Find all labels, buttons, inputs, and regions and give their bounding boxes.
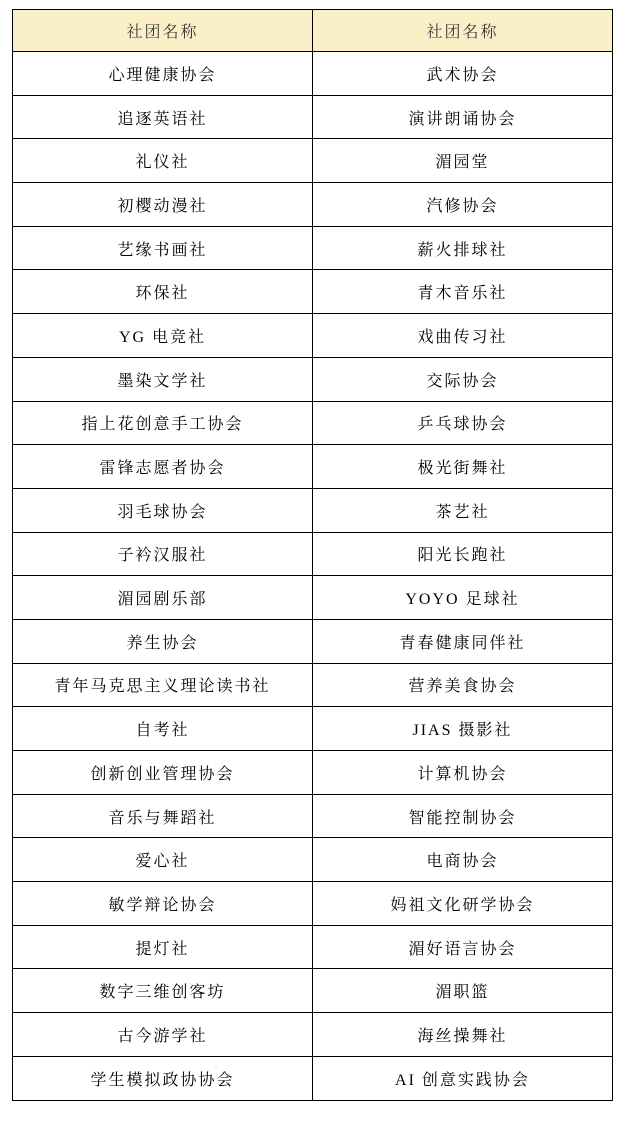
- club-name-cell: 武术协会: [313, 52, 613, 96]
- club-name-cell: 心理健康协会: [13, 52, 313, 96]
- club-name-cell: 乒乓球协会: [313, 401, 613, 445]
- table-row: 礼仪社湄园堂: [13, 139, 613, 183]
- club-name-cell: YG 电竞社: [13, 314, 313, 358]
- club-name-cell: 汽修协会: [313, 183, 613, 227]
- column-header-right: 社团名称: [313, 10, 613, 52]
- club-name-cell: 海丝操舞社: [313, 1013, 613, 1057]
- club-name-cell: 湄职篮: [313, 969, 613, 1013]
- table-row: YG 电竞社戏曲传习社: [13, 314, 613, 358]
- club-name-cell: 羽毛球协会: [13, 488, 313, 532]
- club-name-cell: 青春健康同伴社: [313, 619, 613, 663]
- club-name-table: 社团名称 社团名称 心理健康协会武术协会追逐英语社演讲朗诵协会礼仪社湄园堂初樱动…: [12, 9, 613, 1101]
- table-row: 自考社JIAS 摄影社: [13, 707, 613, 751]
- table-row: 敏学辩论协会妈祖文化研学协会: [13, 882, 613, 926]
- header-row: 社团名称 社团名称: [13, 10, 613, 52]
- club-name-cell: 湄园剧乐部: [13, 576, 313, 620]
- table-row: 初樱动漫社汽修协会: [13, 183, 613, 227]
- club-name-cell: 阳光长跑社: [313, 532, 613, 576]
- club-name-cell: 养生协会: [13, 619, 313, 663]
- table-row: 心理健康协会武术协会: [13, 52, 613, 96]
- club-name-cell: 戏曲传习社: [313, 314, 613, 358]
- club-name-cell: 古今游学社: [13, 1013, 313, 1057]
- club-name-cell: 环保社: [13, 270, 313, 314]
- club-name-cell: JIAS 摄影社: [313, 707, 613, 751]
- club-name-cell: 青木音乐社: [313, 270, 613, 314]
- table-row: 养生协会青春健康同伴社: [13, 619, 613, 663]
- club-name-cell: 演讲朗诵协会: [313, 95, 613, 139]
- club-name-cell: YOYO 足球社: [313, 576, 613, 620]
- club-name-cell: AI 创意实践协会: [313, 1056, 613, 1100]
- club-name-cell: 子衿汉服社: [13, 532, 313, 576]
- club-name-cell: 茶艺社: [313, 488, 613, 532]
- table-row: 环保社青木音乐社: [13, 270, 613, 314]
- club-name-cell: 艺缘书画社: [13, 226, 313, 270]
- club-name-cell: 初樱动漫社: [13, 183, 313, 227]
- club-name-cell: 营养美食协会: [313, 663, 613, 707]
- table-row: 青年马克思主义理论读书社营养美食协会: [13, 663, 613, 707]
- table-row: 羽毛球协会茶艺社: [13, 488, 613, 532]
- club-name-cell: 交际协会: [313, 357, 613, 401]
- club-name-cell: 爱心社: [13, 838, 313, 882]
- table-row: 学生模拟政协协会AI 创意实践协会: [13, 1056, 613, 1100]
- club-name-cell: 学生模拟政协协会: [13, 1056, 313, 1100]
- club-name-cell: 数字三维创客坊: [13, 969, 313, 1013]
- table-row: 提灯社湄好语言协会: [13, 925, 613, 969]
- column-header-left: 社团名称: [13, 10, 313, 52]
- club-name-cell: 湄好语言协会: [313, 925, 613, 969]
- club-name-cell: 电商协会: [313, 838, 613, 882]
- club-name-cell: 自考社: [13, 707, 313, 751]
- table-row: 指上花创意手工协会乒乓球协会: [13, 401, 613, 445]
- club-name-cell: 薪火排球社: [313, 226, 613, 270]
- table-header: 社团名称 社团名称: [13, 10, 613, 52]
- club-name-cell: 墨染文学社: [13, 357, 313, 401]
- table-row: 音乐与舞蹈社智能控制协会: [13, 794, 613, 838]
- club-name-cell: 智能控制协会: [313, 794, 613, 838]
- club-name-cell: 计算机协会: [313, 751, 613, 795]
- club-table-body: 心理健康协会武术协会追逐英语社演讲朗诵协会礼仪社湄园堂初樱动漫社汽修协会艺缘书画…: [13, 52, 613, 1101]
- table-row: 古今游学社海丝操舞社: [13, 1013, 613, 1057]
- club-name-cell: 指上花创意手工协会: [13, 401, 313, 445]
- club-name-cell: 湄园堂: [313, 139, 613, 183]
- club-name-cell: 雷锋志愿者协会: [13, 445, 313, 489]
- table-row: 爱心社电商协会: [13, 838, 613, 882]
- table-row: 雷锋志愿者协会极光街舞社: [13, 445, 613, 489]
- club-name-cell: 提灯社: [13, 925, 313, 969]
- table-row: 湄园剧乐部YOYO 足球社: [13, 576, 613, 620]
- club-name-cell: 礼仪社: [13, 139, 313, 183]
- club-name-cell: 创新创业管理协会: [13, 751, 313, 795]
- table-row: 创新创业管理协会计算机协会: [13, 751, 613, 795]
- club-name-cell: 音乐与舞蹈社: [13, 794, 313, 838]
- club-name-cell: 妈祖文化研学协会: [313, 882, 613, 926]
- club-table-container: 社团名称 社团名称 心理健康协会武术协会追逐英语社演讲朗诵协会礼仪社湄园堂初樱动…: [12, 9, 613, 1101]
- club-name-cell: 青年马克思主义理论读书社: [13, 663, 313, 707]
- table-row: 子衿汉服社阳光长跑社: [13, 532, 613, 576]
- club-name-cell: 追逐英语社: [13, 95, 313, 139]
- table-row: 艺缘书画社薪火排球社: [13, 226, 613, 270]
- club-name-cell: 极光街舞社: [313, 445, 613, 489]
- table-row: 数字三维创客坊湄职篮: [13, 969, 613, 1013]
- table-row: 追逐英语社演讲朗诵协会: [13, 95, 613, 139]
- table-row: 墨染文学社交际协会: [13, 357, 613, 401]
- club-name-cell: 敏学辩论协会: [13, 882, 313, 926]
